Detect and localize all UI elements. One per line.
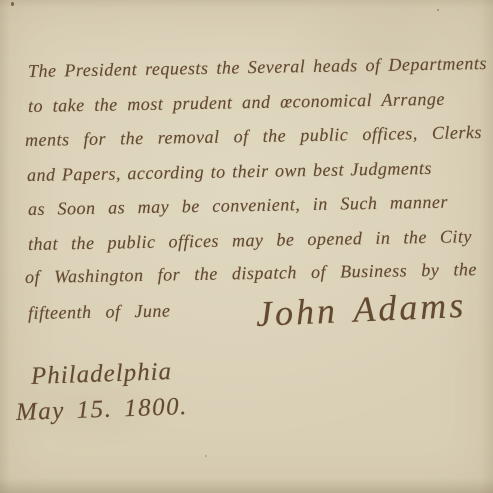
letter-document: The President requests the Several heads… [0, 0, 493, 493]
date-line: May 15. 1800. [15, 391, 188, 429]
letter-line-4: and Papers, according to their own best … [27, 157, 432, 187]
letter-line-1: The President requests the Several heads… [28, 52, 487, 83]
paper-speck [437, 9, 439, 11]
paper-speck [205, 455, 207, 457]
place-line: Philadelphia [30, 356, 172, 393]
letter-line-2: to take the most prudent and œconomical … [28, 88, 445, 119]
letter-line-3: ments for the removal of the public offi… [25, 121, 482, 152]
letter-line-5: as Soon as may be convenient, in Such ma… [28, 191, 448, 222]
letter-line-8: fifteenth of June [28, 300, 171, 326]
letter-line-6: that the public offices may be opened in… [28, 225, 472, 256]
paper-speck [11, 2, 14, 6]
signature-john-adams: John Adams [255, 282, 467, 338]
